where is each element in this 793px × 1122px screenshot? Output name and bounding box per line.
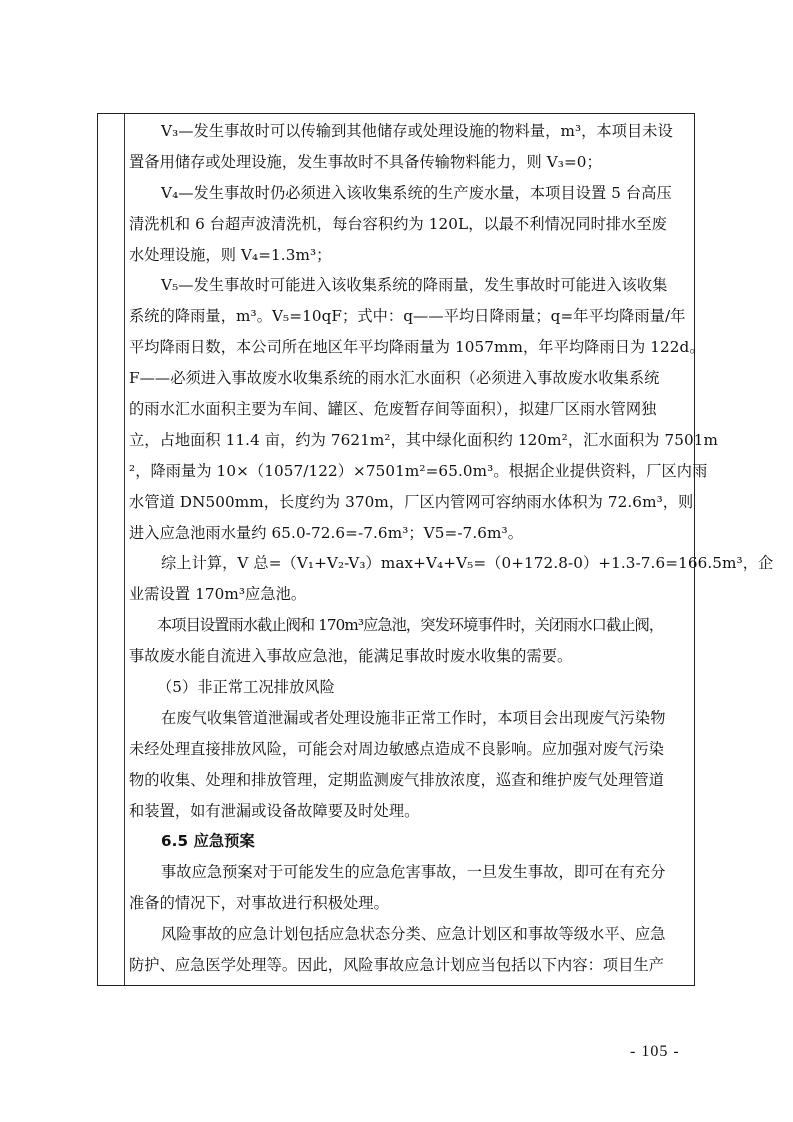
- paragraph-line: V₅—发生事故时可能进入该收集系统的降雨量，发生事故时可能进入该收集: [129, 270, 688, 301]
- section-heading: 6.5 应急预案: [129, 826, 688, 857]
- paragraph-line: 准备的情况下，对事故进行积极处理。: [129, 888, 688, 919]
- paragraph-line: 未经处理直接排放风险，可能会对周边敏感点造成不良影响。应加强对废气污染: [129, 734, 688, 765]
- paragraph-line: F——必须进入事故废水收集系统的雨水汇水面积（必须进入事故废水收集系统: [129, 363, 688, 394]
- paragraph-line: 水处理设施，则 V₄=1.3m³；: [129, 240, 688, 271]
- paragraph-line: 进入应急池雨水量约 65.0-72.6=-7.6m³；V5=-7.6m³。: [129, 518, 688, 549]
- paragraph-line: 立，占地面积 11.4 亩，约为 7621m²，其中绿化面积约 120m²，汇水…: [129, 425, 688, 456]
- formula-line: 综上计算，V 总=（V₁+V₂-V₃）max+V₄+V₅=（0+172.8-0）…: [129, 548, 688, 579]
- paragraph-line: 置备用储存或处理设施，发生事故时不具备传输物料能力，则 V₃=0；: [129, 147, 688, 178]
- paragraph-line: 系统的降雨量，m³。V₅=10qF；式中：q——平均日降雨量；q=年平均降雨量/…: [129, 301, 688, 332]
- paragraph-line: 事故废水能自流进入事故应急池，能满足事故时废水收集的需要。: [129, 641, 688, 672]
- paragraph-line: 的雨水汇水面积主要为车间、罐区、危废暂存间等面积），拟建厂区雨水管网独: [129, 394, 688, 425]
- subsection-heading: （5）非正常工况排放风险: [129, 672, 688, 703]
- table-content-cell: V₃—发生事故时可以传输到其他储存或处理设施的物料量，m³，本项目未设 置备用储…: [129, 116, 688, 981]
- paragraph-line: 和装置，如有泄漏或设备故障要及时处理。: [129, 796, 688, 827]
- paragraph-line: 清洗机和 6 台超声波清洗机，每台容积约为 120L，以最不利情况同时排水至废: [129, 209, 688, 240]
- paragraph-line: 业需设置 170m³应急池。: [129, 579, 688, 610]
- paragraph-line: 本项目设置雨水截止阀和 170m³应急池，突发环境事件时，关闭雨水口截止阀，: [129, 610, 688, 641]
- page-number: - 105 -: [630, 1043, 680, 1061]
- table-left-column: [98, 114, 125, 985]
- content-table: V₃—发生事故时可以传输到其他储存或处理设施的物料量，m³，本项目未设 置备用储…: [97, 113, 695, 986]
- paragraph-line: V₄—发生事故时仍必须进入该收集系统的生产废水量，本项目设置 5 台高压: [129, 178, 688, 209]
- paragraph-line: 风险事故的应急计划包括应急状态分类、应急计划区和事故等级水平、应急: [129, 919, 688, 950]
- paragraph-line: ²，降雨量为 10×（1057/122）×7501m²=65.0m³。根据企业提…: [129, 456, 688, 487]
- paragraph-line: 物的收集、处理和排放管理，定期监测废气排放浓度，巡查和维护废气处理管道: [129, 765, 688, 796]
- paragraph-line: 水管道 DN500mm，长度约为 370m，厂区内管网可容纳雨水体积为 72.6…: [129, 487, 688, 518]
- paragraph-line: 事故应急预案对于可能发生的应急危害事故，一旦发生事故，即可在有充分: [129, 857, 688, 888]
- paragraph-line: 防护、应急医学处理等。因此，风险事故应急计划应当包括以下内容：项目生产: [129, 950, 688, 981]
- paragraph-line: V₃—发生事故时可以传输到其他储存或处理设施的物料量，m³，本项目未设: [129, 116, 688, 147]
- paragraph-line: 平均降雨日数，本公司所在地区年平均降雨量为 1057mm，年平均降雨日为 122…: [129, 332, 688, 363]
- paragraph-line: 在废气收集管道泄漏或者处理设施非正常工作时，本项目会出现废气污染物: [129, 703, 688, 734]
